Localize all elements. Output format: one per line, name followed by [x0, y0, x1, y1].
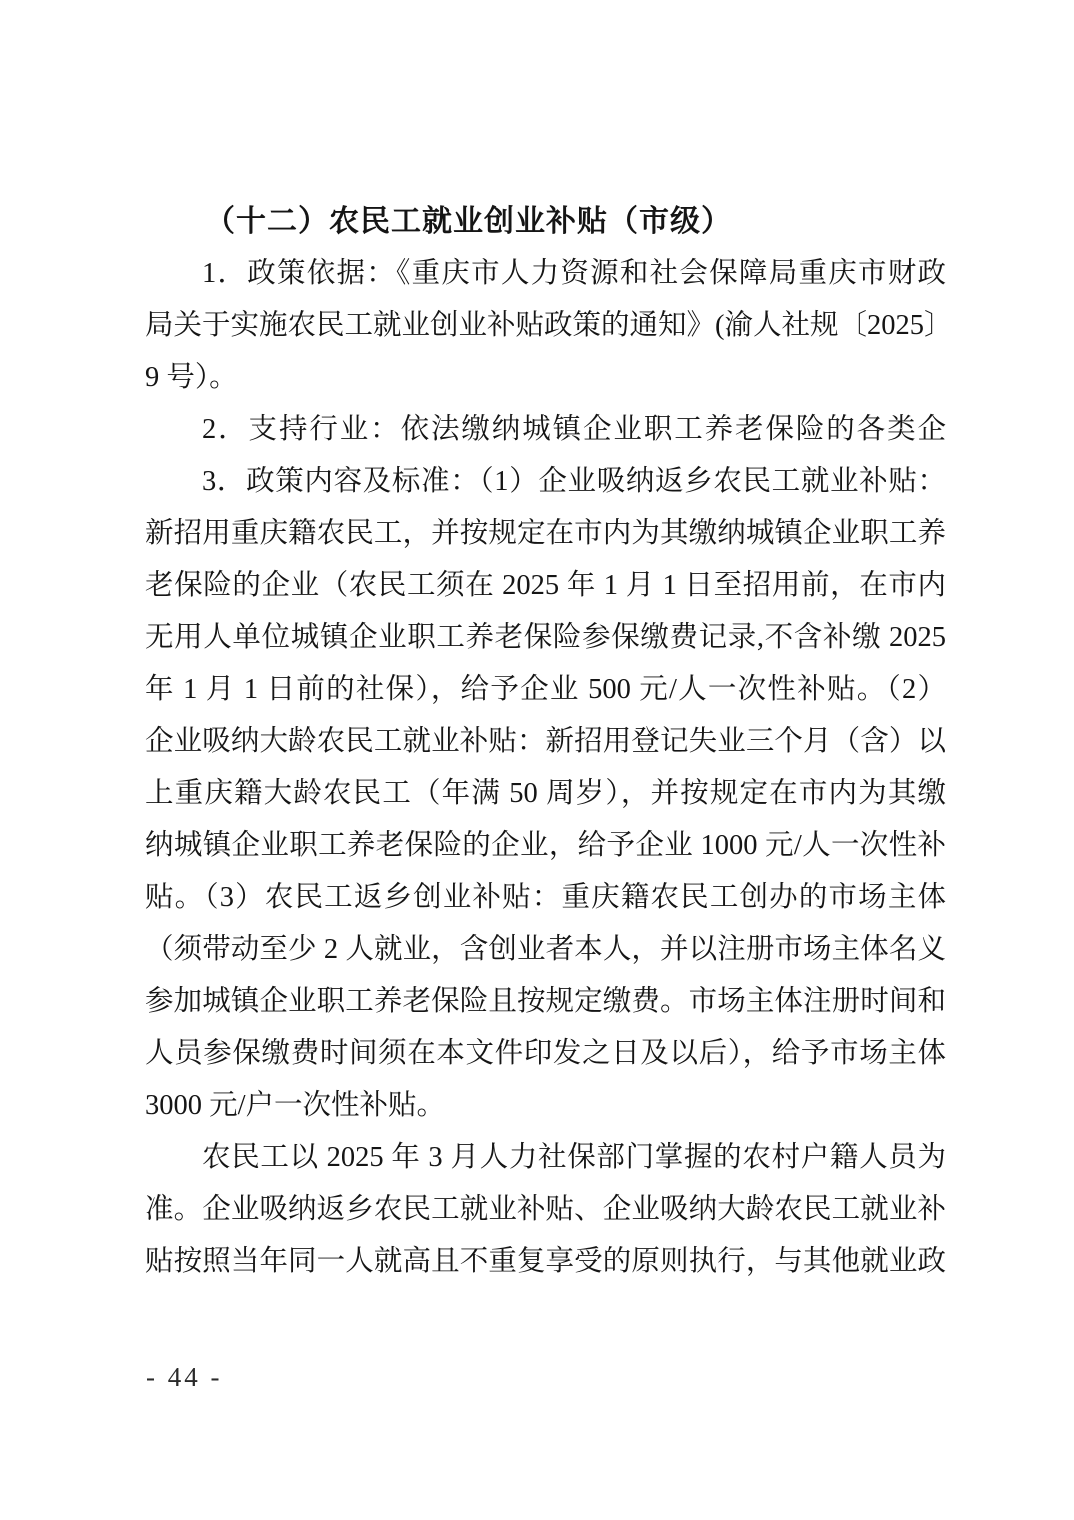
- text-line: 老保险的企业（农民工须在 2025 年 1 月 1 日至招用前，在市内: [145, 560, 946, 612]
- document-body: 1．政策依据：《重庆市人力资源和社会保障局重庆市财政局关于实施农民工就业创业补贴…: [145, 248, 946, 1288]
- text-line: 参加城镇企业职工养老保险且按规定缴费。市场主体注册时间和: [145, 976, 946, 1028]
- text-line: 1．政策依据：《重庆市人力资源和社会保障局重庆市财政: [145, 248, 946, 300]
- text-line: 上重庆籍大龄农民工（年满 50 周岁），并按规定在市内为其缴: [145, 768, 946, 820]
- text-line: 局关于实施农民工就业创业补贴政策的通知》(渝人社规〔2025〕: [145, 300, 946, 352]
- document-page: （十二）农民工就业创业补贴（市级） 1．政策依据：《重庆市人力资源和社会保障局重…: [0, 0, 1074, 1520]
- text-line: 3000 元/户一次性补贴。: [145, 1080, 946, 1132]
- text-line: 3．政策内容及标准：（1）企业吸纳返乡农民工就业补贴：: [145, 456, 946, 508]
- text-line: 农民工以 2025 年 3 月人力社保部门掌握的农村户籍人员为: [145, 1132, 946, 1184]
- text-line: 年 1 月 1 日前的社保），给予企业 500 元/人一次性补贴。（2）: [145, 664, 946, 716]
- text-line: 新招用重庆籍农民工，并按规定在市内为其缴纳城镇企业职工养: [145, 508, 946, 560]
- section-heading: （十二）农民工就业创业补贴（市级）: [145, 196, 946, 248]
- text-line: 纳城镇企业职工养老保险的企业，给予企业 1000 元/人一次性补: [145, 820, 946, 872]
- text-line: 准。企业吸纳返乡农民工就业补贴、企业吸纳大龄农民工就业补: [145, 1184, 946, 1236]
- text-line: 企业吸纳大龄农民工就业补贴：新招用登记失业三个月（含）以: [145, 716, 946, 768]
- text-line: 贴按照当年同一人就高且不重复享受的原则执行，与其他就业政: [145, 1236, 946, 1288]
- page-number: - 44 -: [146, 1352, 222, 1402]
- text-line: 人员参保缴费时间须在本文件印发之日及以后），给予市场主体: [145, 1028, 946, 1080]
- text-line: 贴。（3）农民工返乡创业补贴：重庆籍农民工创办的市场主体: [145, 872, 946, 924]
- text-line: 2．支持行业：依法缴纳城镇企业职工养老保险的各类企业。: [145, 404, 946, 456]
- text-line: 9 号）。: [145, 352, 946, 404]
- document-content: （十二）农民工就业创业补贴（市级） 1．政策依据：《重庆市人力资源和社会保障局重…: [145, 196, 946, 1288]
- text-line: （须带动至少 2 人就业，含创业者本人，并以注册市场主体名义: [145, 924, 946, 976]
- text-line: 无用人单位城镇企业职工养老保险参保缴费记录,不含补缴 2025: [145, 612, 946, 664]
